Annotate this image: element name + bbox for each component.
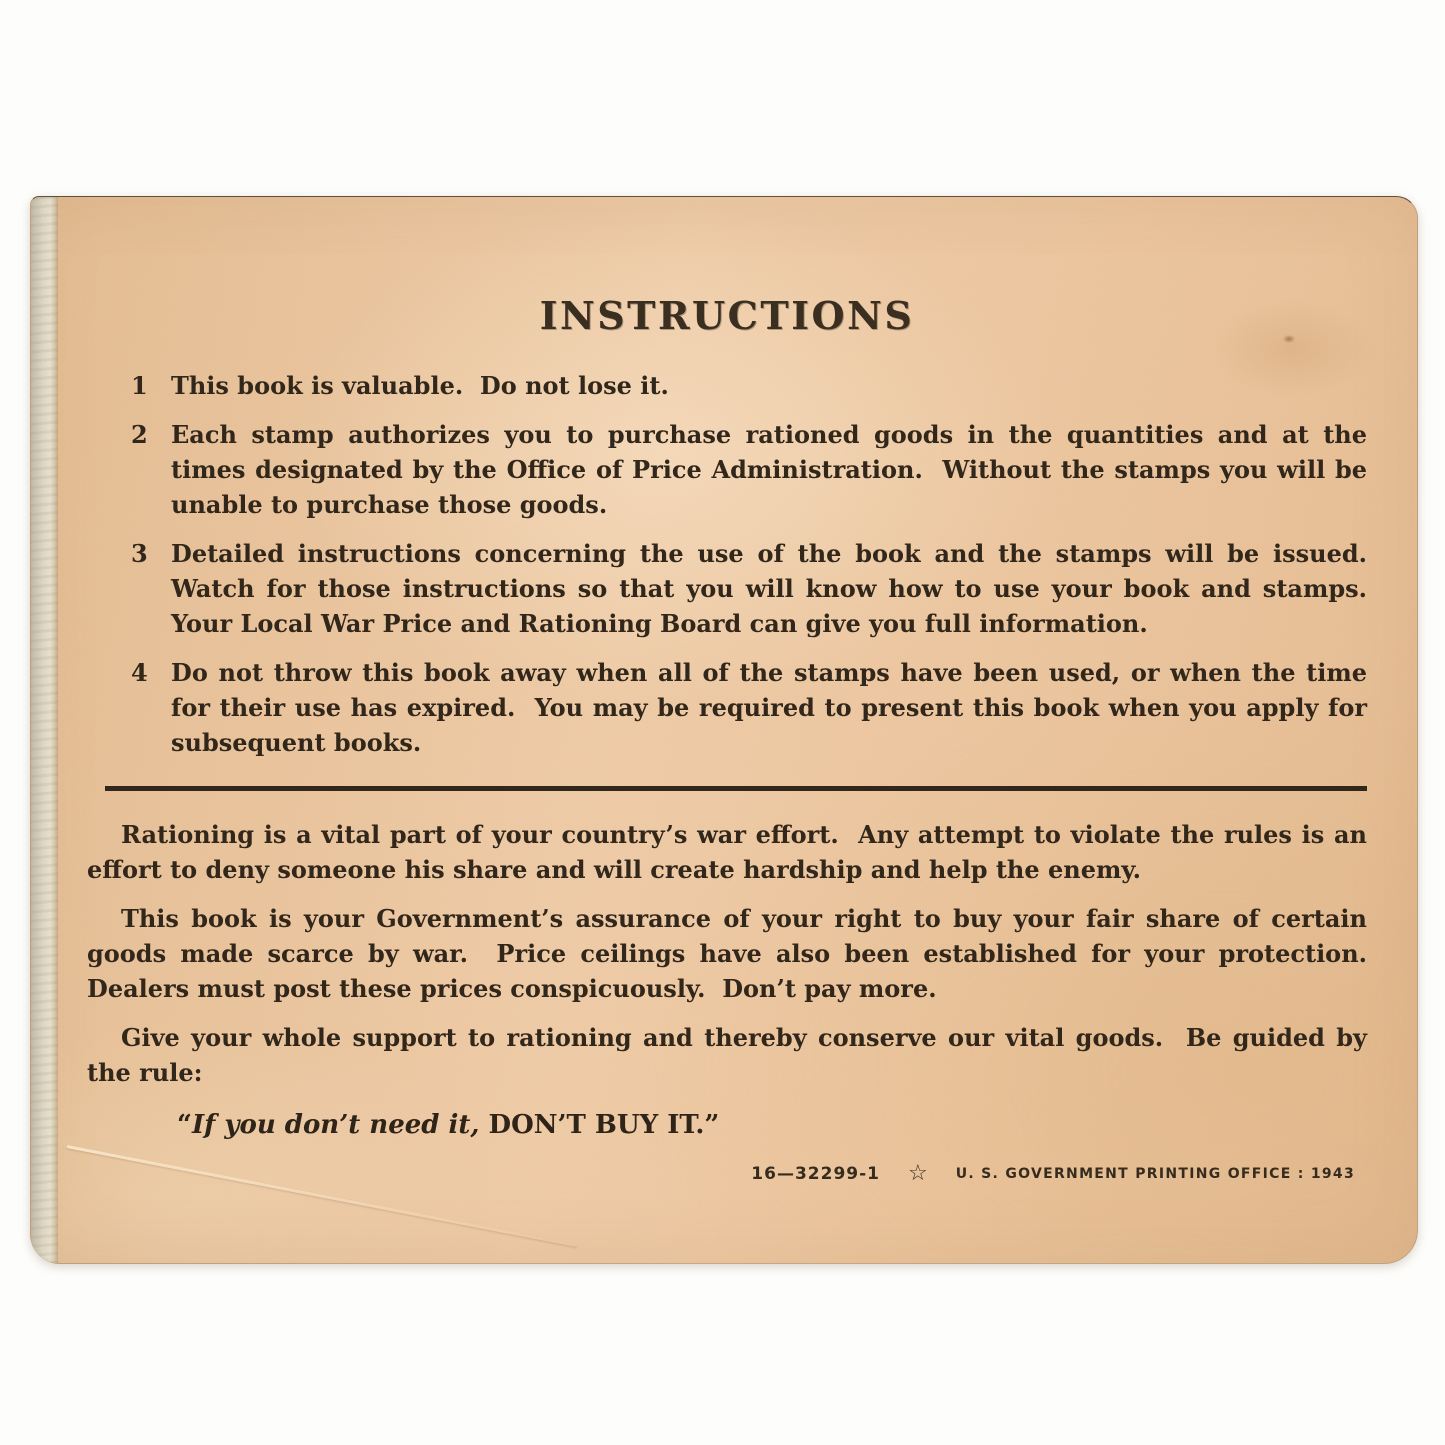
section-divider-rule: [105, 786, 1367, 791]
slogan-quote: “If you don’t need it, DON’T BUY IT.”: [177, 1110, 1367, 1140]
instruction-item-1: 1 This book is valuable. Do not lose it.: [131, 368, 1367, 403]
quote-open-mark: “: [177, 1110, 192, 1140]
item-text: Do not throw this book away when all of …: [171, 655, 1367, 760]
item-number: 1: [131, 368, 171, 403]
ration-book-back-cover: INSTRUCTIONS 1 This book is valuable. Do…: [30, 196, 1418, 1264]
item-number: 2: [131, 417, 171, 522]
item-number: 3: [131, 536, 171, 641]
item-text: This book is valuable. Do not lose it.: [171, 368, 1367, 403]
book-spine-edge: [31, 197, 58, 1263]
quote-caps-text: DON’T BUY IT.: [479, 1110, 704, 1140]
print-code: 16—32299-1: [751, 1164, 880, 1184]
star-icon: ☆: [908, 1164, 928, 1184]
instruction-item-3: 3 Detailed instructions concerning the u…: [131, 536, 1367, 641]
gpo-imprint: U. S. GOVERNMENT PRINTING OFFICE : 1943: [956, 1166, 1355, 1182]
page-content: INSTRUCTIONS 1 This book is valuable. Do…: [87, 197, 1367, 1184]
paragraph-rationing: Rationing is a vital part of your countr…: [87, 817, 1367, 887]
instruction-list: 1 This book is valuable. Do not lose it.…: [131, 368, 1367, 760]
item-number: 4: [131, 655, 171, 760]
paragraph-support: Give your whole support to rationing and…: [87, 1020, 1367, 1090]
instruction-item-2: 2 Each stamp authorizes you to purchase …: [131, 417, 1367, 522]
quote-close-mark: ”: [704, 1110, 719, 1140]
page-title: INSTRUCTIONS: [87, 293, 1367, 338]
gpo-imprint-line: 16—32299-1 ☆ U. S. GOVERNMENT PRINTING O…: [87, 1164, 1367, 1184]
item-text: Each stamp authorizes you to purchase ra…: [171, 417, 1367, 522]
instruction-item-4: 4 Do not throw this book away when all o…: [131, 655, 1367, 760]
paragraph-assurance: This book is your Government’s assurance…: [87, 901, 1367, 1006]
item-text: Detailed instructions concerning the use…: [171, 536, 1367, 641]
quote-italic-text: If you don’t need it,: [192, 1110, 480, 1140]
